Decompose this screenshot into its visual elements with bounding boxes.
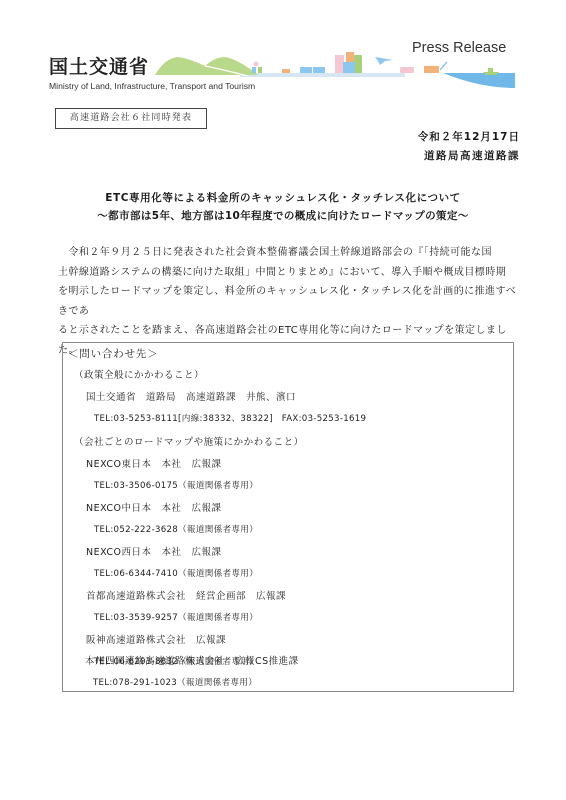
contact-box: ＜問い合わせ先＞ （政策全般にかかわること） 国土交通省 道路局 高速道路課 井…: [62, 342, 514, 692]
ministry-logo-en: Ministry of Land, Infrastructure, Transp…: [49, 81, 255, 91]
ministry-logo-jp: 国土交通省: [49, 56, 149, 78]
press-release-label: Press Release: [412, 40, 506, 56]
company-contact-tel: TEL:078-291-1023（報道関係者専用）: [93, 676, 257, 688]
issuing-department: 道路局高速道路課: [424, 148, 520, 163]
body-line: 土幹線道路システムの構築に向けた取組」中間とりまとめ』において、導入手順や概成目…: [58, 263, 518, 283]
company-contact-name: NEXCO東日本 本社 広報課: [86, 456, 222, 470]
company-contact-name: NEXCO中日本 本社 広報課: [86, 500, 222, 514]
company-contact-tel: TEL:052-222-3628（報道関係者専用）: [94, 523, 258, 535]
company-contact-name: NEXCO西日本 本社 広報課: [86, 544, 222, 558]
company-contact-tel: TEL:03-3539-9257（報道関係者専用）: [94, 611, 258, 623]
company-contact-name: 阪神高速道路株式会社 広報課: [86, 632, 226, 646]
company-contact-name: 本州四国連絡高速道路株式会社 広報CS推進課: [85, 653, 299, 667]
company-contact-tel: TEL:03-3506-0175（報道関係者専用）: [94, 479, 258, 491]
ministry-contact-name: 国土交通省 道路局 高速道路課 井熊、濱口: [86, 389, 296, 403]
company-contact-name: 首都高速道路株式会社 経営企画部 広報課: [86, 588, 286, 602]
document-subtitle: ～都市部は5年、地方部は10年程度での概成に向けたロードマップの策定～: [0, 208, 566, 223]
release-date: 令和２年12月17日: [418, 129, 520, 144]
body-line: を明示したロードマップを策定し、料金所のキャッシュレス化・タッチレス化を計画的に…: [58, 282, 518, 321]
document-title: ETC専用化等による料金所のキャッシュレス化・タッチレス化について: [0, 190, 566, 205]
ministry-contact-tel: TEL:03-5253-8111[内線:38332、38322] FAX:03-…: [94, 412, 366, 424]
letterhead: 国土交通省 Ministry of Land, Infrastructure, …: [0, 0, 566, 100]
company-section-label: （会社ごとのロードマップや施策にかかわること）: [74, 434, 304, 448]
contact-heading: ＜問い合わせ先＞: [68, 346, 158, 361]
body-line: 令和２年９月２５日に発表された社会資本整備審議会国土幹線道路部会の『「持続可能な…: [58, 243, 518, 263]
policy-section-label: （政策全般にかかわること）: [74, 367, 204, 381]
company-contact-tel: TEL:06-6344-7410（報道関係者専用）: [94, 567, 258, 579]
joint-announcement-badge: 高速道路会社６社同時発表: [55, 108, 207, 129]
